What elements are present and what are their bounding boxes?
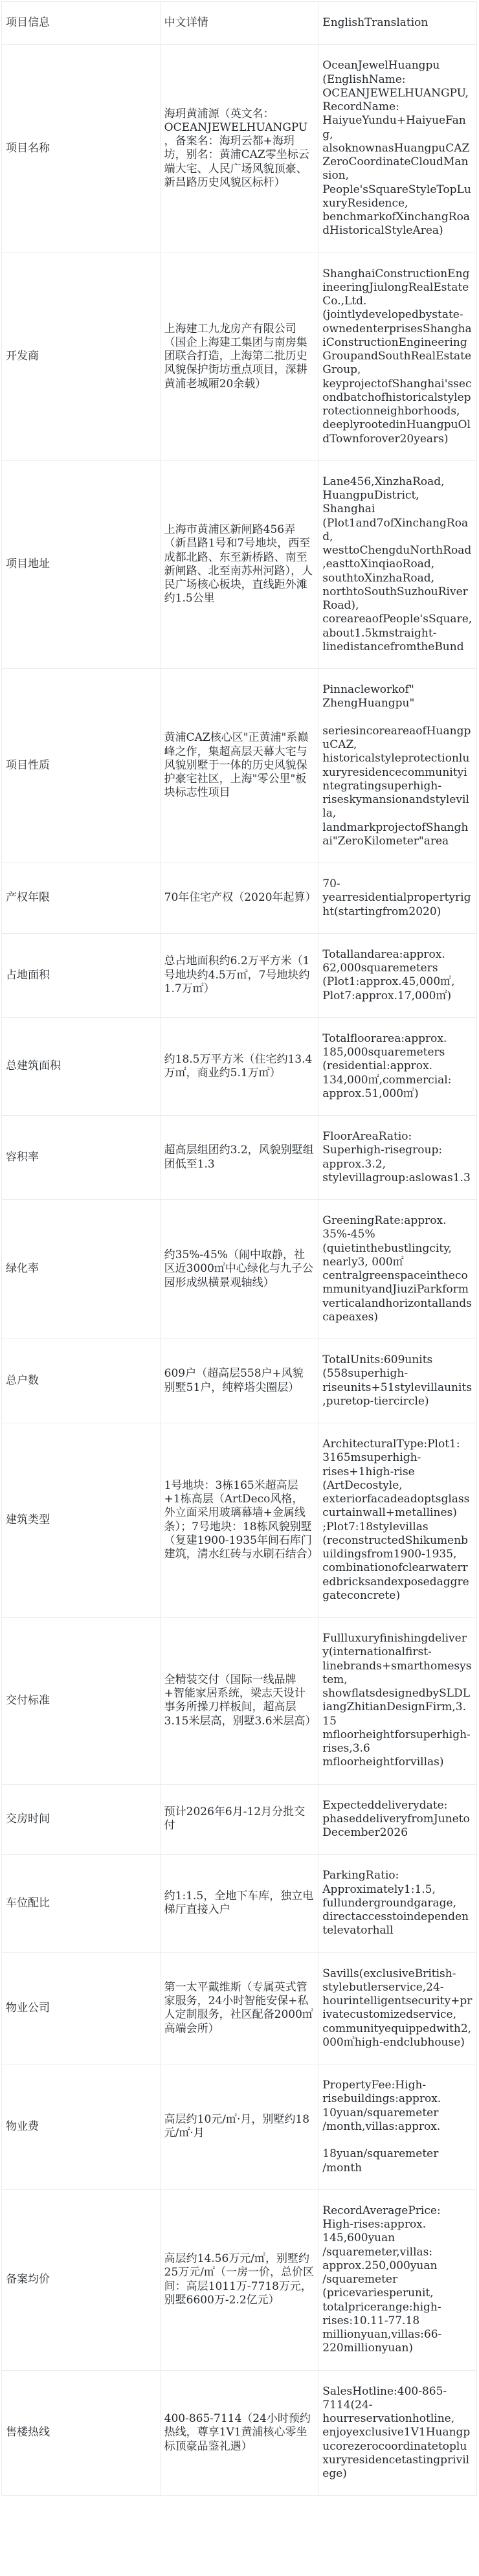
table-row: 交房时间预计2026年6月-12月分批交付Expecteddeliverydat…: [2, 1784, 477, 1855]
table-row: 建筑类型1号地块：3栋165米超高层+1栋高层（ArtDeco风格，外立面采用玻…: [2, 1423, 477, 1618]
cell-english: Totallandarea:approx. 62,000squaremeters…: [318, 933, 477, 1017]
table-row: 备案均价高层约14.56万元/㎡，别墅约25万元/㎡（一房一价，总价区间：高层1…: [2, 2189, 477, 2370]
table-row: 项目性质黄浦CAZ核心区"正黄浦"系巅峰之作，集超高层天幕大宅与风貌别墅于一体的…: [2, 669, 477, 863]
cell-chinese: 总占地面积约6.2万平方米（1号地块约4.5万㎡，7号地块约1.7万㎡）: [160, 933, 318, 1017]
cell-english: Pinnacleworkof" ZhengHuangpu" seriesinco…: [318, 669, 477, 863]
table-body: 项目名称海玥黄浦源（英文名：OCEANJEWELHUANGPU，备案名：海玥云都…: [2, 45, 477, 2496]
cell-english: ParkingRatio: Approximately1:1.5, fullun…: [318, 1855, 477, 1952]
cell-english: GreeningRate:approx. 35%-45% (quietinthe…: [318, 1200, 477, 1339]
row-label: 总户数: [2, 1339, 161, 1423]
cell-english: Lane456,XinzhaRoad, HuangpuDistrict, Sha…: [318, 460, 477, 668]
cell-chinese: 黄浦CAZ核心区"正黄浦"系巅峰之作，集超高层天幕大宅与风貌别墅于一体的历史风貌…: [160, 669, 318, 863]
cell-chinese: 上海市黄浦区新闸路456弄（新昌路1号和7号地块，西至成都北路、东至新桥路、南至…: [160, 460, 318, 668]
row-label: 备案均价: [2, 2189, 161, 2370]
cell-english: TotalUnits:609units (558superhigh-riseun…: [318, 1339, 477, 1423]
cell-english: SalesHotline:400-865-7114(24-hourreserva…: [318, 2370, 477, 2496]
header-row: 项目信息 中文详情 EnglishTranslation: [2, 2, 477, 45]
table-row: 物业公司第一太平戴维斯（专属英式管家服务，24小时智能安保+私人定制服务，社区配…: [2, 1952, 477, 2064]
table-row: 开发商上海建工九龙房产有限公司（国企上海建工集团与南房集团联合打造，上海第二批历…: [2, 253, 477, 460]
cell-chinese: 预计2026年6月-12月分批交付: [160, 1784, 318, 1855]
cell-english: 70-yearresidentialpropertyright(starting…: [318, 863, 477, 934]
project-info-table: 项目信息 中文详情 EnglishTranslation 项目名称海玥黄浦源（英…: [1, 1, 477, 2496]
cell-english: Expecteddeliverydate: phaseddeliveryfrom…: [318, 1784, 477, 1855]
column-header-chinese-details: 中文详情: [160, 2, 318, 45]
table-row: 物业费高层约10元/㎡·月，别墅约18元/㎡·月PropertyFee:High…: [2, 2064, 477, 2190]
row-label: 建筑类型: [2, 1423, 161, 1618]
column-header-project-info: 项目信息: [2, 2, 161, 45]
table-row: 车位配比约1:1.5，全地下车库，独立电梯厅直接入户ParkingRatio: …: [2, 1855, 477, 1952]
table-row: 占地面积总占地面积约6.2万平方米（1号地块约4.5万㎡，7号地块约1.7万㎡）…: [2, 933, 477, 1017]
cell-chinese: 超高层组团约3.2，风貌别墅组团低至1.3: [160, 1116, 318, 1200]
cell-english: ShanghaiConstructionEngineeringJiulongRe…: [318, 253, 477, 460]
table-row: 总户数609户（超高层558户+风貌别墅51户，纯粹塔尖圈层）TotalUnit…: [2, 1339, 477, 1423]
table-row: 项目地址上海市黄浦区新闸路456弄（新昌路1号和7号地块，西至成都北路、东至新桥…: [2, 460, 477, 668]
row-label: 车位配比: [2, 1855, 161, 1952]
cell-english: RecordAveragePrice: High-rises:approx. 1…: [318, 2189, 477, 2370]
cell-english: FloorAreaRatio: Superhigh-risegroup: app…: [318, 1116, 477, 1200]
row-label: 项目名称: [2, 45, 161, 253]
cell-english: Totalfloorarea:approx. 185,000squaremete…: [318, 1017, 477, 1115]
row-label: 容积率: [2, 1116, 161, 1200]
cell-english: Fullluxuryfinishingdelivery(internationa…: [318, 1618, 477, 1785]
table-row: 容积率超高层组团约3.2，风貌别墅组团低至1.3FloorAreaRatio: …: [2, 1116, 477, 1200]
row-label: 产权年限: [2, 863, 161, 934]
row-label: 项目地址: [2, 460, 161, 668]
cell-chinese: 70年住宅产权（2020年起算）: [160, 863, 318, 934]
page: 项目信息 中文详情 EnglishTranslation 项目名称海玥黄浦源（英…: [0, 1, 479, 2496]
cell-chinese: 海玥黄浦源（英文名：OCEANJEWELHUANGPU，备案名：海玥云都+海玥坊…: [160, 45, 318, 253]
cell-chinese: 高层约10元/㎡·月，别墅约18元/㎡·月: [160, 2064, 318, 2190]
cell-chinese: 609户（超高层558户+风貌别墅51户，纯粹塔尖圈层）: [160, 1339, 318, 1423]
cell-chinese: 400-865-7114（24小时预约热线，尊享1V1黄浦核心零坐标顶豪品鉴礼遇…: [160, 2370, 318, 2496]
cell-chinese: 高层约14.56万元/㎡，别墅约25万元/㎡（一房一价，总价区间：高层1011万…: [160, 2189, 318, 2370]
cell-chinese: 约35%-45%（闹中取静，社区近3000㎡中心绿化与九子公园形成纵横景观轴线）: [160, 1200, 318, 1339]
table-row: 产权年限70年住宅产权（2020年起算）70-yearresidentialpr…: [2, 863, 477, 934]
row-label: 物业费: [2, 2064, 161, 2190]
row-label: 交房时间: [2, 1784, 161, 1855]
table-row: 售楼热线400-865-7114（24小时预约热线，尊享1V1黄浦核心零坐标顶豪…: [2, 2370, 477, 2496]
column-header-english-translation: EnglishTranslation: [318, 2, 477, 45]
cell-english: OceanJewelHuangpu (EnglishName: OCEANJEW…: [318, 45, 477, 253]
table-row: 绿化率约35%-45%（闹中取静，社区近3000㎡中心绿化与九子公园形成纵横景观…: [2, 1200, 477, 1339]
row-label: 开发商: [2, 253, 161, 460]
cell-chinese: 约1:1.5，全地下车库，独立电梯厅直接入户: [160, 1855, 318, 1952]
table-row: 总建筑面积约18.5万平方米（住宅约13.4万㎡，商业约5.1万㎡）Totalf…: [2, 1017, 477, 1115]
cell-english: Savills(exclusiveBritish-stylebutlerserv…: [318, 1952, 477, 2064]
cell-chinese: 1号地块：3栋165米超高层+1栋高层（ArtDeco风格，外立面采用玻璃幕墙+…: [160, 1423, 318, 1618]
row-label: 绿化率: [2, 1200, 161, 1339]
row-label: 售楼热线: [2, 2370, 161, 2496]
cell-chinese: 全精装交付（国际一线品牌+智能家居系统，梁志天设计事务所操刀样板间，超高层3.1…: [160, 1618, 318, 1785]
cell-chinese: 第一太平戴维斯（专属英式管家服务，24小时智能安保+私人定制服务，社区配备200…: [160, 1952, 318, 2064]
table-row: 项目名称海玥黄浦源（英文名：OCEANJEWELHUANGPU，备案名：海玥云都…: [2, 45, 477, 253]
cell-english: PropertyFee:High-risebuildings:approx. 1…: [318, 2064, 477, 2190]
row-label: 物业公司: [2, 1952, 161, 2064]
cell-chinese: 上海建工九龙房产有限公司（国企上海建工集团与南房集团联合打造，上海第二批历史风貌…: [160, 253, 318, 460]
cell-english: ArchitecturalType:Plot1: 3165msuperhigh-…: [318, 1423, 477, 1618]
row-label: 总建筑面积: [2, 1017, 161, 1115]
row-label: 项目性质: [2, 669, 161, 863]
row-label: 占地面积: [2, 933, 161, 1017]
table-row: 交付标准全精装交付（国际一线品牌+智能家居系统，梁志天设计事务所操刀样板间，超高…: [2, 1618, 477, 1785]
cell-chinese: 约18.5万平方米（住宅约13.4万㎡，商业约5.1万㎡）: [160, 1017, 318, 1115]
row-label: 交付标准: [2, 1618, 161, 1785]
